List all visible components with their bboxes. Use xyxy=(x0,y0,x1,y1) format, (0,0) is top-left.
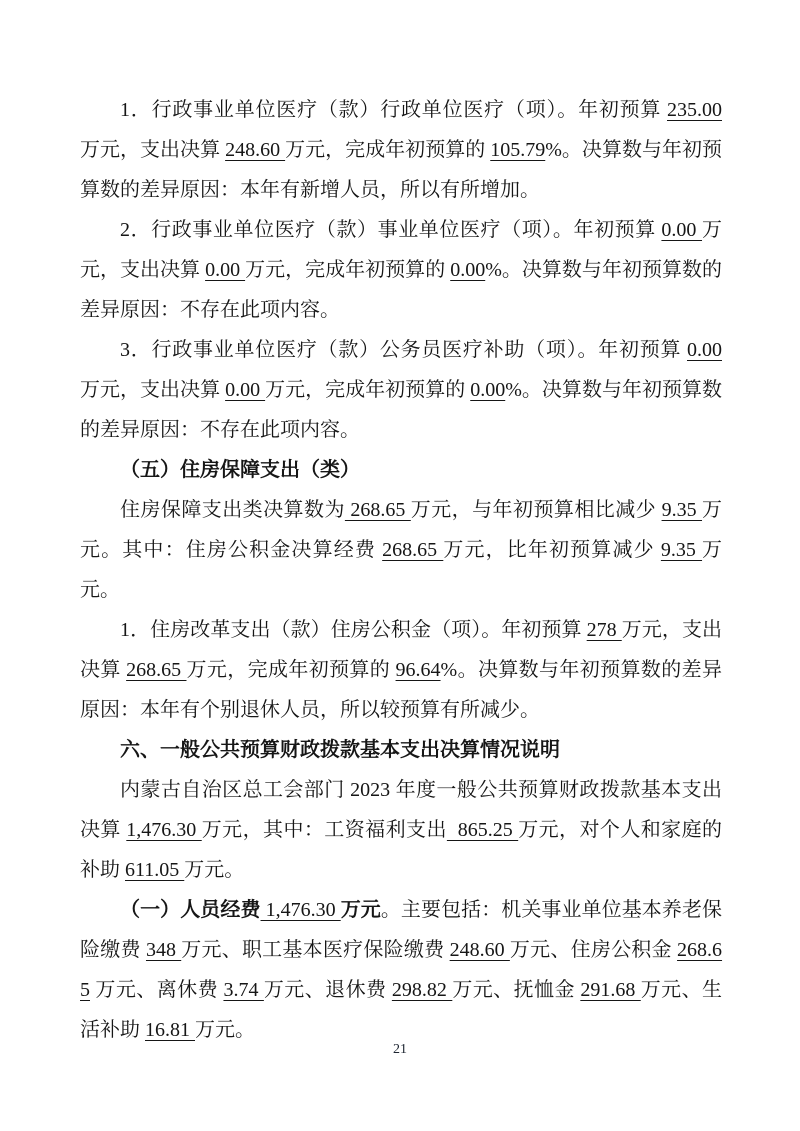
para-housing-reform-item-1: 1．住房改革支出（款）住房公积金（项）。年初预算 278 万元，支出决算 268… xyxy=(80,610,722,730)
text-run: 万元，与年初预算相比减少 xyxy=(411,499,662,521)
heading-housing-security-expenditure: （五）住房保障支出（类） xyxy=(80,450,722,490)
underlined-value: 348 xyxy=(146,939,181,961)
underlined-value: 611.05 xyxy=(125,859,184,881)
text-run: 万元、住房公积金 xyxy=(510,939,677,961)
para-medical-item-1: 1．行政事业单位医疗（款）行政单位医疗（项）。年初预算 235.00 万元，支出… xyxy=(80,90,722,210)
underlined-value: 268.65 xyxy=(126,659,186,681)
text-run: 2．行政事业单位医疗（款）事业单位医疗（项）。年初预算 xyxy=(120,219,661,241)
para-personnel-expense: （一）人员经费 1,476.30 万元。主要包括：机关事业单位基本养老保险缴费 … xyxy=(80,890,722,1050)
underlined-value: 291.68 xyxy=(580,979,640,1001)
underlined-value: 268.65 xyxy=(382,539,443,561)
text-run: 万元，完成年初预算的 xyxy=(265,379,470,401)
text-run: 万元，完成年初预算的 xyxy=(245,259,450,281)
para-medical-item-3: 3．行政事业单位医疗（款）公务员医疗补助（项）。年初预算 0.00 万元，支出决… xyxy=(80,330,722,450)
underlined-value: 96.64 xyxy=(396,659,441,681)
text-run: 万元、职工基本医疗保险缴费 xyxy=(181,939,449,961)
text-run: 万元、离休费 xyxy=(90,979,223,1001)
text-run: 万元、退休费 xyxy=(264,979,392,1001)
text-run: 1．住房改革支出（款）住房公积金（项）。年初预算 xyxy=(120,619,587,641)
underlined-value: 0.00 xyxy=(470,379,505,401)
para-basic-expenditure-summary: 内蒙古自治区总工会部门 2023 年度一般公共预算财政拨款基本支出决算 1,47… xyxy=(80,770,722,890)
text-run: 万元 xyxy=(341,899,381,921)
text-run: 1．行政事业单位医疗（款）行政单位医疗（项）。年初预算 xyxy=(120,99,667,121)
underlined-value: 298.82 xyxy=(392,979,452,1001)
para-medical-item-2: 2．行政事业单位医疗（款）事业单位医疗（项）。年初预算 0.00 万元，支出决算… xyxy=(80,210,722,330)
text-run: 万元，其中：工资福利支出 xyxy=(202,819,447,841)
page-number: 21 xyxy=(393,1042,407,1057)
text-run: 万元，比年初预算减少 xyxy=(443,539,661,561)
text-run: （五）住房保障支出（类） xyxy=(120,459,360,481)
underlined-value: 16.81 xyxy=(145,1019,195,1041)
underlined-value: 0.00 xyxy=(450,259,485,281)
underlined-value: 1,476.30 xyxy=(261,899,341,921)
underlined-value: 248.60 xyxy=(450,939,510,961)
document-body: 1．行政事业单位医疗（款）行政单位医疗（项）。年初预算 235.00 万元，支出… xyxy=(80,90,722,1050)
text-run: 万元。 xyxy=(184,859,244,881)
document-page: 1．行政事业单位医疗（款）行政单位医疗（项）。年初预算 235.00 万元，支出… xyxy=(0,0,800,1131)
text-run: 万元，完成年初预算的 xyxy=(285,139,490,161)
text-run: 住房保障支出类决算数为 xyxy=(120,499,345,521)
text-run: 六、一般公共预算财政拨款基本支出决算情况说明 xyxy=(120,739,560,761)
underlined-value: 1,476.30 xyxy=(126,819,201,841)
para-housing-security-summary: 住房保障支出类决算数为 268.65 万元，与年初预算相比减少 9.35 万元。… xyxy=(80,490,722,610)
underlined-value: 105.79 xyxy=(490,139,545,161)
text-run: 3．行政事业单位医疗（款）公务员医疗补助（项）。年初预算 xyxy=(120,339,687,361)
underlined-value: 248.60 xyxy=(225,139,285,161)
underlined-value: 865.25 xyxy=(447,819,518,841)
text-run: 万元。 xyxy=(195,1019,255,1041)
text-run: 万元、抚恤金 xyxy=(452,979,580,1001)
page-footer: 21 xyxy=(0,1042,800,1058)
underlined-value: 9.35 xyxy=(661,539,702,561)
heading-basic-expenditure-note: 六、一般公共预算财政拨款基本支出决算情况说明 xyxy=(80,730,722,770)
underlined-value: 0.00 xyxy=(687,339,722,361)
underlined-value: 0.00 xyxy=(661,219,702,241)
underlined-value: 9.35 xyxy=(662,499,702,521)
text-run: （一）人员经费 xyxy=(120,899,261,921)
underlined-value: 3.74 xyxy=(223,979,263,1001)
underlined-value: 0.00 xyxy=(225,379,265,401)
underlined-value: 235.00 xyxy=(667,99,722,121)
underlined-value: 278 xyxy=(587,619,622,641)
text-run: 万元，完成年初预算的 xyxy=(186,659,395,681)
underlined-value: 268.65 xyxy=(345,499,411,521)
underlined-value: 0.00 xyxy=(205,259,245,281)
